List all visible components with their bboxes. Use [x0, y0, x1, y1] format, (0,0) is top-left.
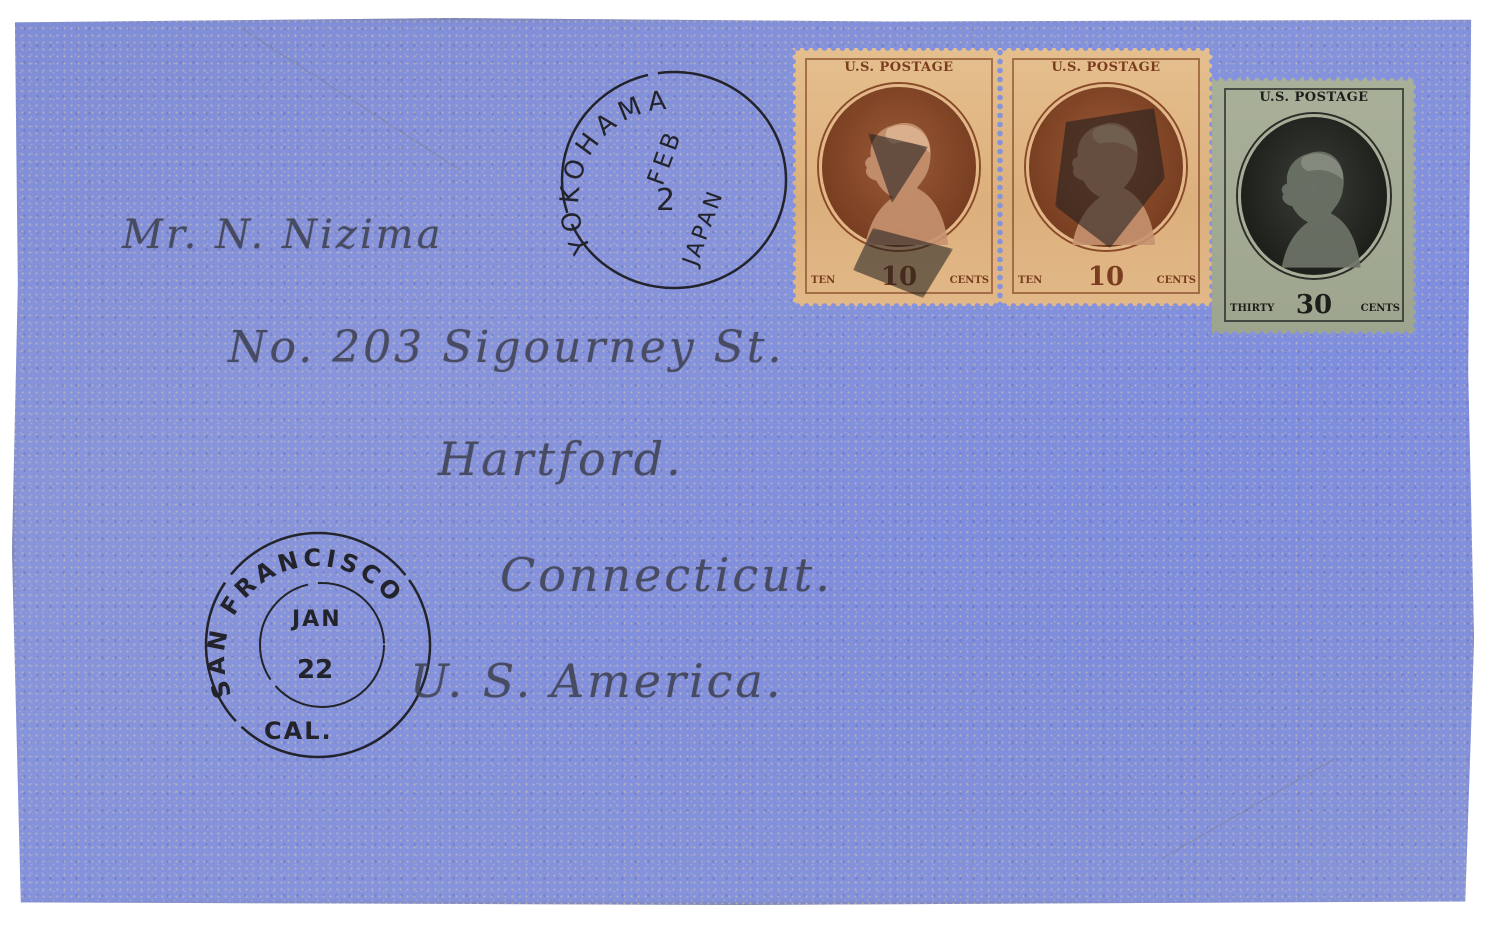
paper-crease [1162, 758, 1336, 859]
stamp-top-label: U.S. POSTAGE [793, 60, 1005, 75]
postmark-ring-icon: YOKOHAMA [556, 65, 792, 295]
perforation [1000, 303, 1212, 309]
stamp-ten-cents-left: U.S. POSTAGE TEN 10 CENTS [793, 48, 1005, 306]
stamp-top-label: U.S. POSTAGE [1212, 90, 1416, 105]
stamp-ten-cents-right: U.S. POSTAGE TEN 10 CENTS [1000, 48, 1212, 306]
portrait-oval [1238, 114, 1390, 278]
perforation [793, 45, 1005, 51]
postmark-arrival-state: CAL. [264, 717, 333, 745]
postmark-arrival-day: 22 [297, 655, 333, 685]
postmark-origin-day: 2 [656, 183, 675, 218]
postmark-san-francisco: SAN FRANCISCO JAN 22 CAL. [200, 525, 440, 765]
perforation [1000, 45, 1212, 51]
portrait-icon [1273, 145, 1361, 268]
address-street: No. 203 Sigourney St. [228, 322, 784, 373]
paper-crease [242, 28, 461, 170]
stamp-cents-word: CENTS [1157, 275, 1196, 286]
address-recipient: Mr. N. Nizima [122, 212, 443, 258]
postmark-arrival-month: JAN [292, 607, 342, 632]
perforation [1212, 75, 1416, 81]
stamp-cents-word: CENTS [1361, 303, 1400, 314]
address-city: Hartford. [438, 432, 684, 486]
postmark-yokohama: YOKOHAMA FEB 2 JAPAN [556, 65, 792, 295]
perforation [1212, 331, 1416, 337]
perforation [793, 303, 1005, 309]
stamp-cents-word: CENTS [950, 275, 989, 286]
stamp-top-label: U.S. POSTAGE [1000, 60, 1212, 75]
address-state: Connecticut. [500, 548, 833, 602]
stamp-thirty-cents: U.S. POSTAGE THIRTY 30 CENTS [1212, 78, 1416, 334]
address-country: U. S. America. [410, 654, 783, 708]
